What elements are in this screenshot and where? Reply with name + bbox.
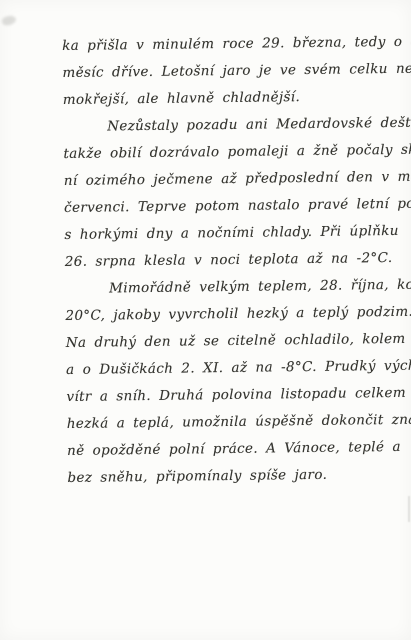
handwriting-line: Na druhý den už se citelně ochladilo, ko… xyxy=(66,325,411,357)
handwriting-line: ně opožděné polní práce. A Vánoce, teplé… xyxy=(67,433,411,465)
handwriting-line: Mimořádně velkým teplem, 28. října, kole… xyxy=(65,271,411,303)
handwriting-line: vítr a sníh. Druhá polovina listopadu ce… xyxy=(66,379,411,411)
handwriting-line: ní ozimého ječmene až předposlední den v… xyxy=(64,163,411,195)
manuscript-page: ka přišla v minulém roce 29. března, ted… xyxy=(0,0,411,640)
handwriting-line: 26. srpna klesla v noci teplota až na -2… xyxy=(65,244,411,276)
handwriting-line: takže obilí dozrávalo pomaleji a žně poč… xyxy=(63,136,411,168)
handwriting-line: Nezůstaly pozadu ani Medardovské deště, xyxy=(63,109,411,141)
handwriting-line: měsíc dříve. Letošní jaro je ve svém cel… xyxy=(62,55,411,87)
handwriting-line: a o Dušičkách 2. XI. až na -8°C. Prudký … xyxy=(66,352,411,384)
handwriting-line: hezká a teplá, umožnila úspěšně dokončit… xyxy=(67,406,411,438)
manuscript-text: ka přišla v minulém roce 29. března, ted… xyxy=(62,28,411,492)
handwriting-line: s horkými dny a nočními chlady. Při úplň… xyxy=(64,217,411,249)
handwriting-line: mokřejší, ale hlavně chladnější. xyxy=(63,82,411,114)
handwriting-line: červenci. Teprve potom nastalo pravé let… xyxy=(64,190,411,222)
handwriting-line: bez sněhu, připomínaly spíše jaro. xyxy=(67,460,411,492)
scan-edge-artifact xyxy=(408,496,410,522)
handwriting-line: ka přišla v minulém roce 29. března, ted… xyxy=(62,28,411,60)
scan-smudge-artifact xyxy=(1,14,17,27)
handwriting-line: 20°C, jakoby vyvrcholil hezký a teplý po… xyxy=(65,298,411,330)
